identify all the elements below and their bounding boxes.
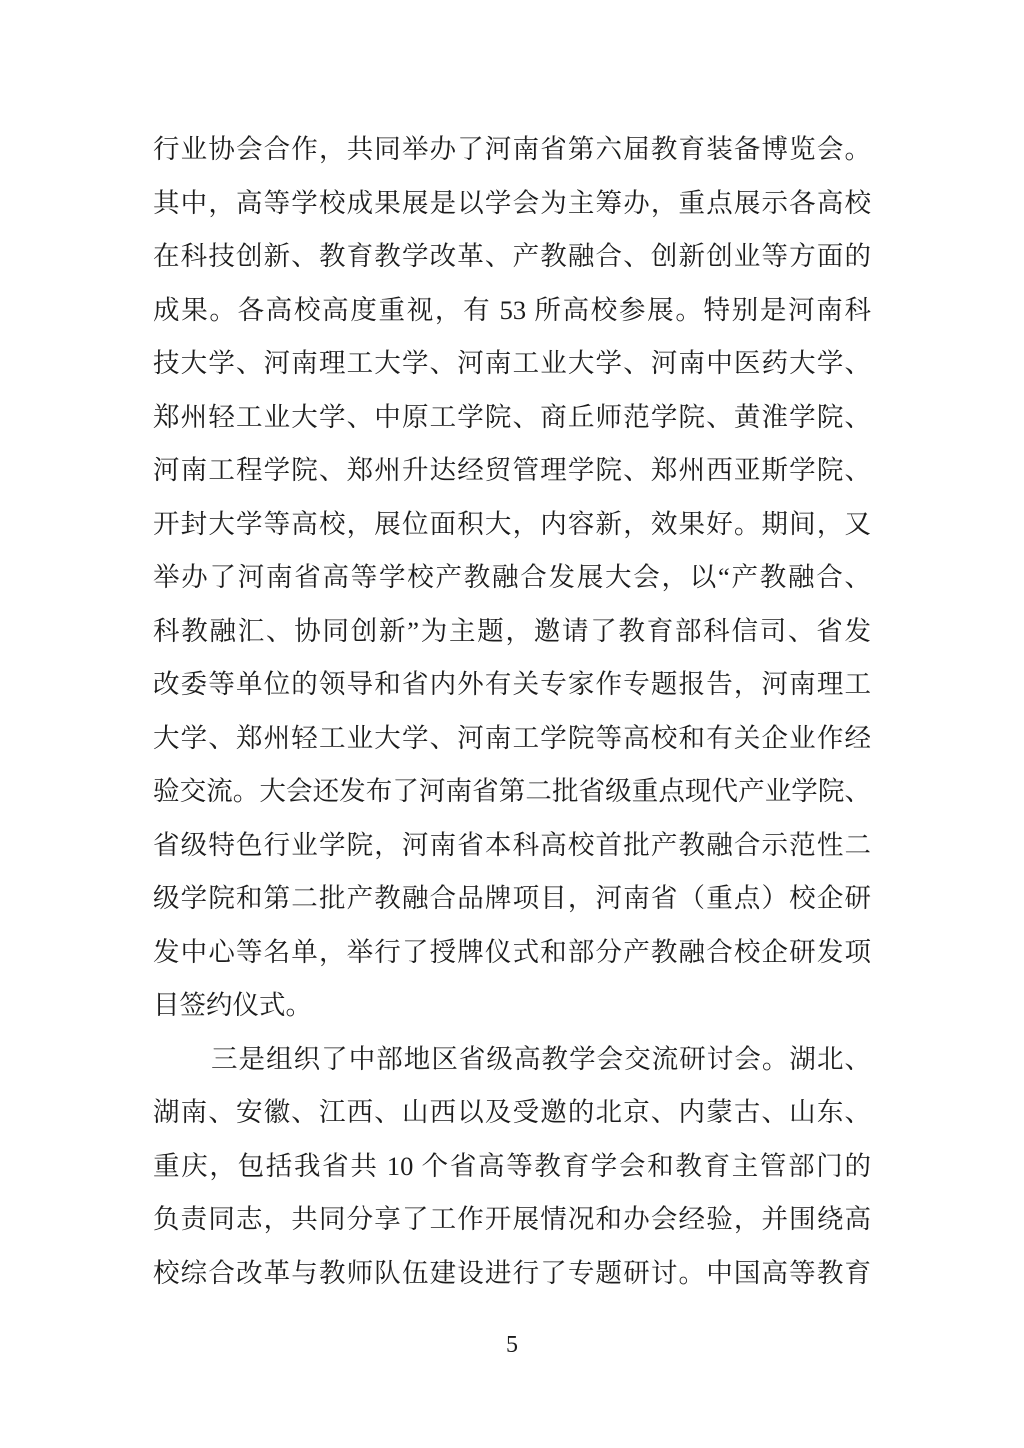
text-line: 在科技创新、教育教学改革、产教融合、创新创业等方面的 [153, 230, 871, 284]
text-line: 成果。各高校高度重视，有 53 所高校参展。特别是河南科 [153, 284, 871, 338]
text-line: 级学院和第二批产教融合品牌项目，河南省（重点）校企研 [153, 872, 871, 926]
text-line: 行业协会合作，共同举办了河南省第六届教育装备博览会。 [153, 123, 871, 177]
text-line: 三是组织了中部地区省级高教学会交流研讨会。湖北、 [153, 1033, 871, 1087]
text-line: 科教融汇、协同创新”为主题，邀请了教育部科信司、省发 [153, 605, 871, 659]
text-line: 校综合改革与教师队伍建设进行了专题研讨。中国高等教育 [153, 1247, 871, 1301]
text-line: 负责同志，共同分享了工作开展情况和办会经验，并围绕高 [153, 1193, 871, 1247]
paragraph-1: 行业协会合作，共同举办了河南省第六届教育装备博览会。 其中，高等学校成果展是以学… [153, 123, 871, 1033]
paragraph-2: 三是组织了中部地区省级高教学会交流研讨会。湖北、 湖南、安徽、江西、山西以及受邀… [153, 1033, 871, 1301]
text-line: 湖南、安徽、江西、山西以及受邀的北京、内蒙古、山东、 [153, 1086, 871, 1140]
text-line: 重庆，包括我省共 10 个省高等教育学会和教育主管部门的 [153, 1140, 871, 1194]
page-number: 5 [0, 1330, 1024, 1360]
document-page: 行业协会合作，共同举办了河南省第六届教育装备博览会。 其中，高等学校成果展是以学… [0, 0, 1024, 1448]
text-line: 其中，高等学校成果展是以学会为主筹办，重点展示各高校 [153, 177, 871, 231]
text-line: 举办了河南省高等学校产教融合发展大会，以“产教融合、 [153, 551, 871, 605]
text-line: 验交流。大会还发布了河南省第二批省级重点现代产业学院、 [153, 765, 871, 819]
text-line: 目签约仪式。 [153, 979, 871, 1033]
text-line: 郑州轻工业大学、中原工学院、商丘师范学院、黄淮学院、 [153, 391, 871, 445]
text-line: 河南工程学院、郑州升达经贸管理学院、郑州西亚斯学院、 [153, 444, 871, 498]
text-line: 省级特色行业学院，河南省本科高校首批产教融合示范性二 [153, 819, 871, 873]
text-line: 技大学、河南理工大学、河南工业大学、河南中医药大学、 [153, 337, 871, 391]
page-body-text: 行业协会合作，共同举办了河南省第六届教育装备博览会。 其中，高等学校成果展是以学… [153, 123, 871, 1300]
text-line: 改委等单位的领导和省内外有关专家作专题报告，河南理工 [153, 658, 871, 712]
text-line: 发中心等名单，举行了授牌仪式和部分产教融合校企研发项 [153, 926, 871, 980]
text-line: 大学、郑州轻工业大学、河南工学院等高校和有关企业作经 [153, 712, 871, 766]
text-line: 开封大学等高校，展位面积大，内容新，效果好。期间，又 [153, 498, 871, 552]
